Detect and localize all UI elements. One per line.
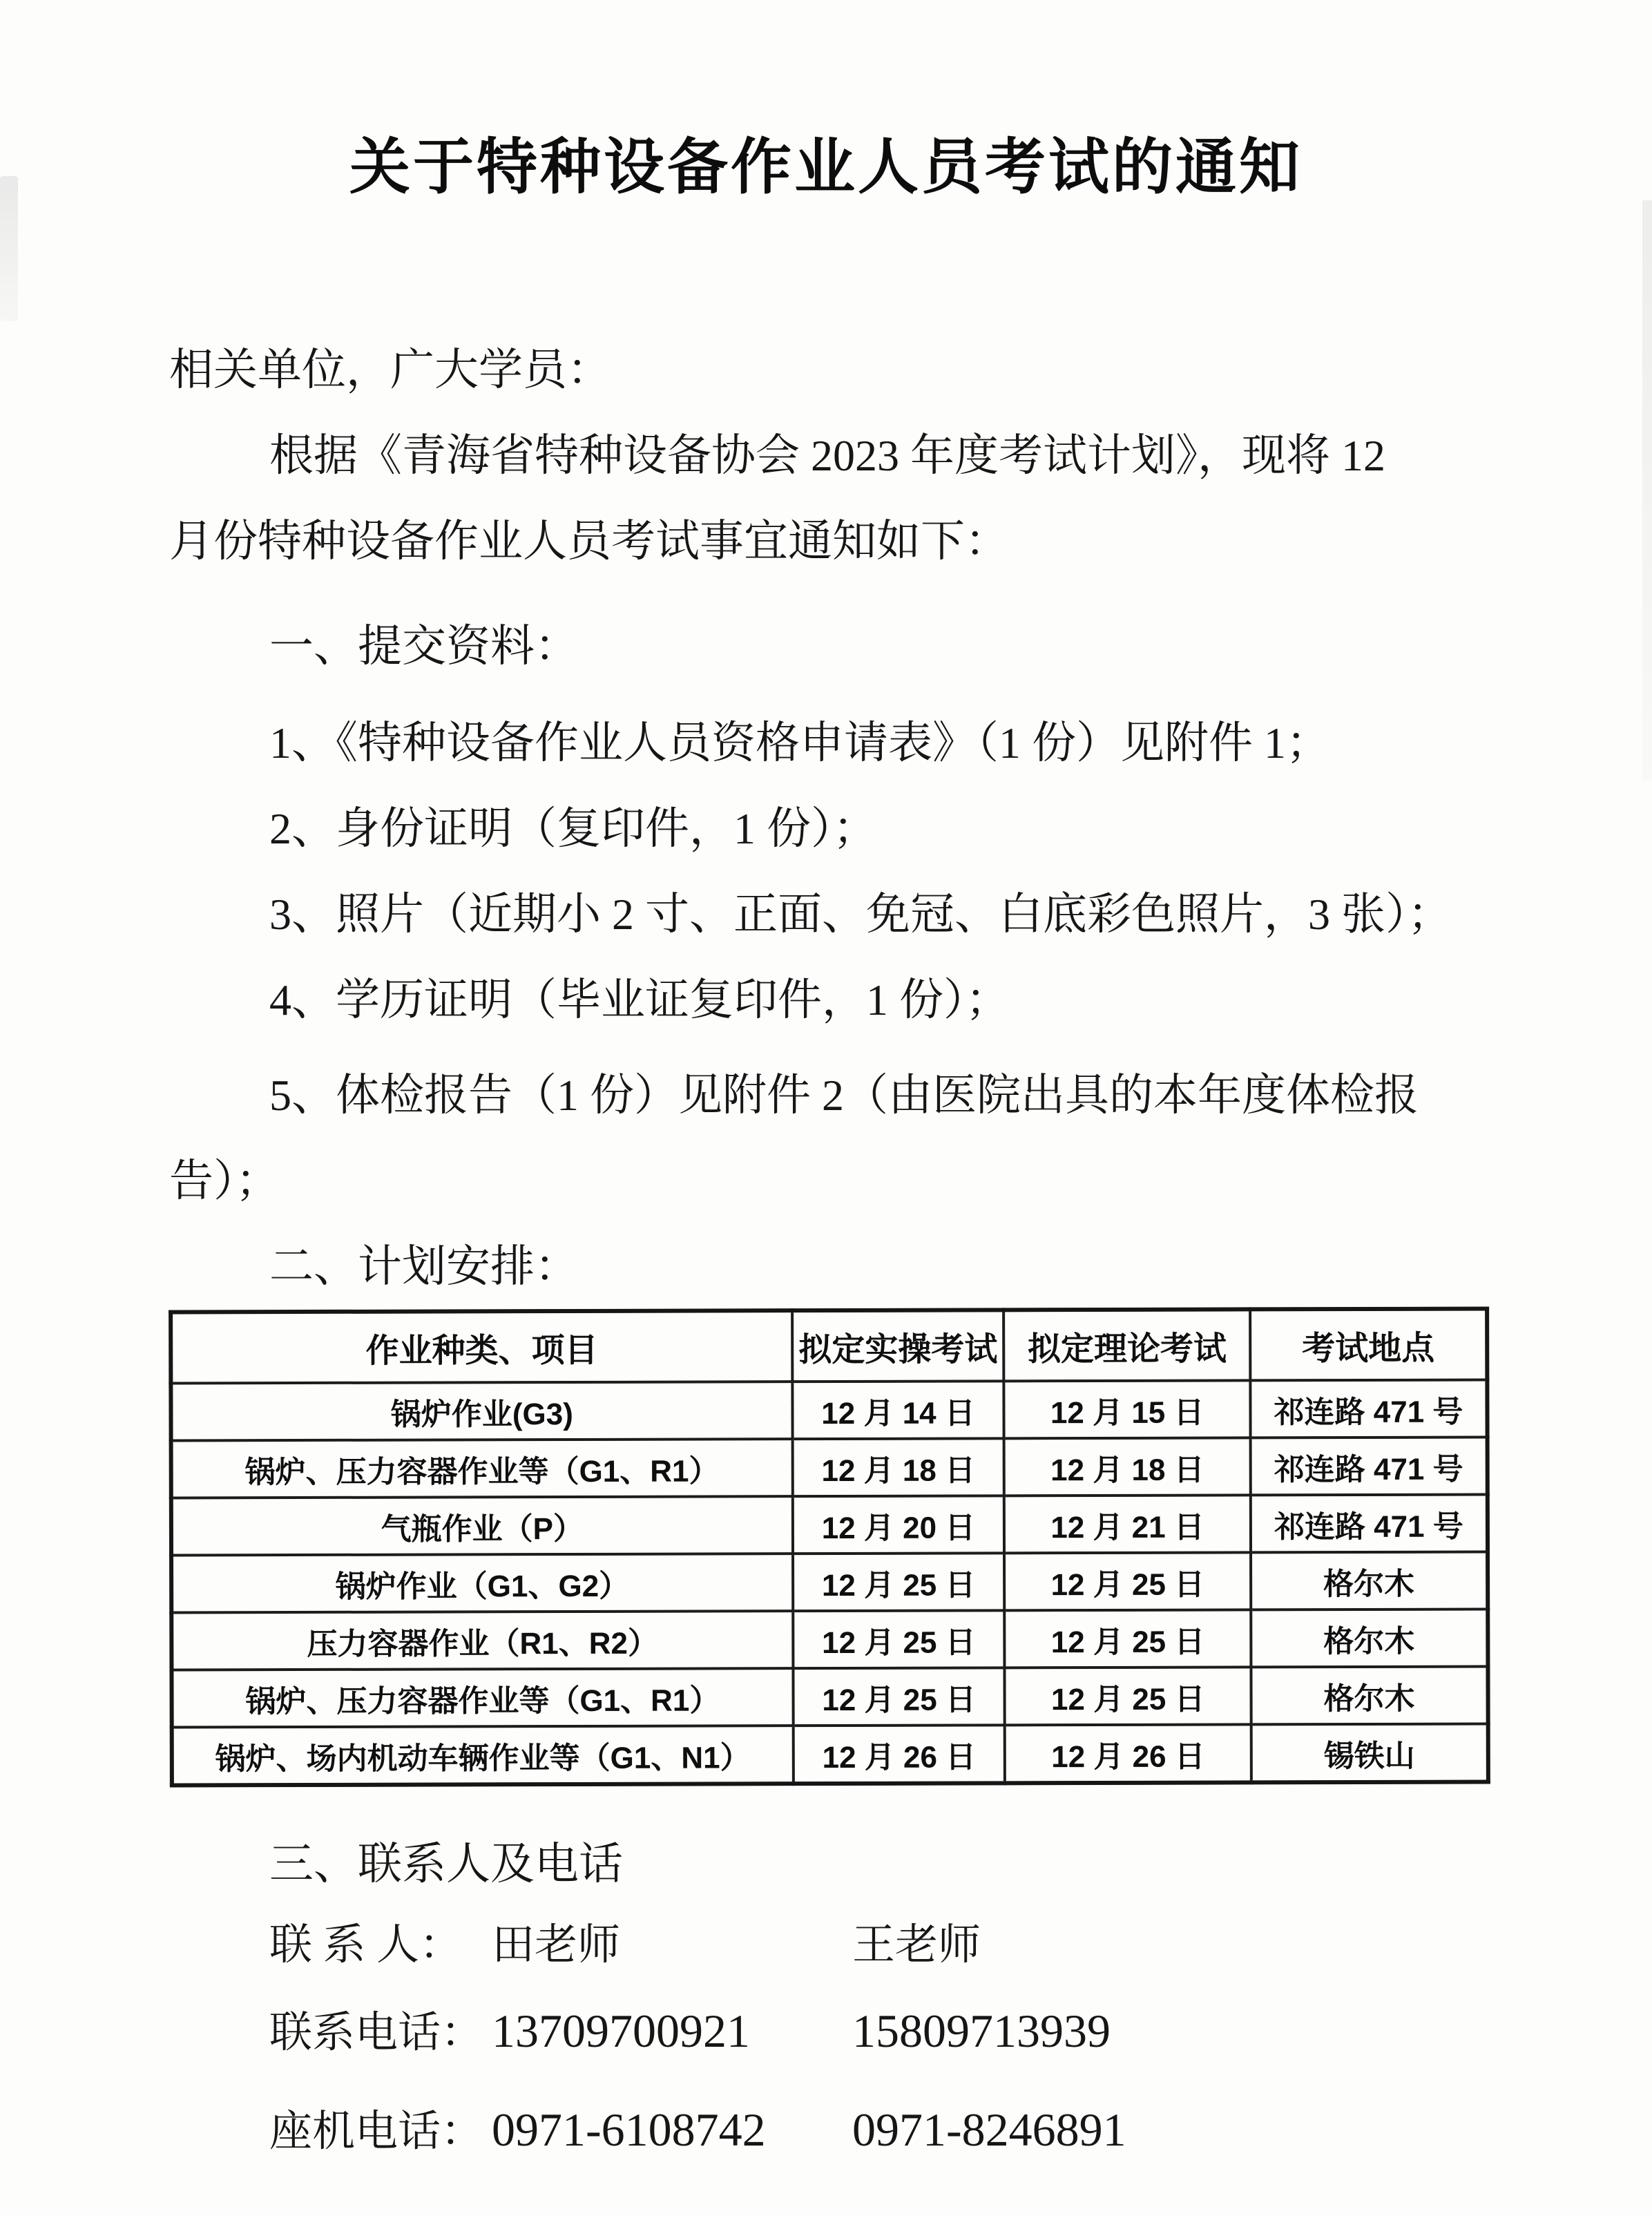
- table-row: 锅炉、压力容器作业等（G1、R1） 12 月 25 日 12 月 25 日 格尔…: [171, 1667, 1488, 1728]
- table-row: 锅炉作业（G1、G2） 12 月 25 日 12 月 25 日 格尔木: [171, 1552, 1488, 1613]
- contact-phone-secondary: 15809713939: [852, 2008, 1111, 2054]
- header-cell-theory-exam: 拟定理论考试: [1004, 1309, 1251, 1381]
- table-cell-location: 祁连路 471 号: [1250, 1437, 1487, 1496]
- notice-document-page: 关于特种设备作业人员考试的通知 相关单位，广大学员： 根据《青海省特种设备协会 …: [0, 0, 1652, 2216]
- table-cell-theory-date: 12 月 25 日: [1005, 1667, 1251, 1725]
- exam-schedule-table: 作业种类、项目 拟定实操考试 拟定理论考试 考试地点 锅炉作业(G3) 12 月…: [169, 1306, 1490, 1787]
- table-cell-theory-date: 12 月 25 日: [1005, 1610, 1251, 1668]
- requirement-item-5-wrap: 告）；: [169, 1159, 1569, 1203]
- table-header-row: 作业种类、项目 拟定实操考试 拟定理论考试 考试地点: [171, 1309, 1487, 1384]
- contact-person-label: 联 系 人：: [269, 1922, 492, 1968]
- landline-phone-secondary: 0971-8246891: [852, 2107, 1126, 2152]
- table-row: 气瓶作业（P） 12 月 20 日 12 月 21 日 祁连路 471 号: [171, 1495, 1488, 1556]
- intro-line-1: 根据《青海省特种设备协会 2023 年度考试计划》，现将 12: [169, 434, 1569, 478]
- table-cell-theory-date: 12 月 26 日: [1005, 1724, 1251, 1783]
- section1-heading: 一、提交资料：: [169, 624, 1569, 669]
- landline-phone-label: 座机电话：: [269, 2109, 492, 2155]
- table-cell-theory-date: 12 月 25 日: [1005, 1552, 1251, 1610]
- requirement-item-3: 3、照片（近期小 2 寸、正面、免冠、白底彩色照片，3 张）；: [169, 892, 1569, 937]
- section3-heading: 三、联系人及电话: [169, 1842, 1569, 1887]
- table-cell-theory-date: 12 月 21 日: [1004, 1495, 1251, 1553]
- requirement-item-5: 5、体检报告（1 份）见附件 2（由医院出具的本年度体检报: [169, 1073, 1569, 1118]
- contact-phone-label: 联系电话：: [269, 2010, 492, 2056]
- scan-artifact: [1642, 200, 1652, 781]
- table-cell-theory-date: 12 月 18 日: [1004, 1437, 1251, 1496]
- table-cell-location: 祁连路 471 号: [1251, 1495, 1488, 1553]
- contact-row-mobile: 联系电话： 13709700921 15809713939: [269, 2008, 1652, 2056]
- contact-person-primary: 田老师: [492, 1922, 852, 1968]
- requirement-item-2: 2、身份证明（复印件，1 份）；: [169, 807, 1569, 851]
- table-cell-job-type: 压力容器作业（R1、R2）: [171, 1611, 793, 1670]
- landline-phone-primary: 0971-6108742: [492, 2107, 852, 2152]
- table-cell-location: 祁连路 471 号: [1250, 1380, 1487, 1438]
- table-cell-practical-date: 12 月 26 日: [793, 1725, 1005, 1784]
- table-cell-practical-date: 12 月 25 日: [793, 1553, 1005, 1611]
- contact-row-landline: 座机电话： 0971-6108742 0971-8246891: [269, 2107, 1652, 2155]
- table-row: 压力容器作业（R1、R2） 12 月 25 日 12 月 25 日 格尔木: [171, 1610, 1488, 1670]
- requirement-item-4: 4、学历证明（毕业证复印件，1 份）；: [169, 978, 1569, 1022]
- header-cell-practical-exam: 拟定实操考试: [792, 1310, 1004, 1382]
- contact-row-names: 联 系 人： 田老师 王老师: [269, 1922, 1652, 1968]
- table-cell-location: 格尔木: [1251, 1667, 1488, 1725]
- requirement-item-1: 1、《特种设备作业人员资格申请表》（1 份）见附件 1；: [169, 721, 1569, 765]
- table-cell-theory-date: 12 月 15 日: [1004, 1380, 1251, 1438]
- salutation-line: 相关单位，广大学员：: [169, 348, 1569, 392]
- table-row: 锅炉、压力容器作业等（G1、R1） 12 月 18 日 12 月 18 日 祁连…: [171, 1437, 1488, 1498]
- contact-person-secondary: 王老师: [852, 1922, 981, 1968]
- table-cell-practical-date: 12 月 25 日: [793, 1610, 1005, 1668]
- header-cell-location: 考试地点: [1250, 1309, 1487, 1381]
- table-row: 锅炉作业(G3) 12 月 14 日 12 月 15 日 祁连路 471 号: [171, 1380, 1487, 1441]
- table-cell-location: 锡铁山: [1251, 1724, 1488, 1783]
- table-cell-job-type: 气瓶作业（P）: [171, 1496, 793, 1555]
- table-cell-job-type: 锅炉、场内机动车辆作业等（G1、N1）: [172, 1726, 794, 1785]
- table-cell-job-type: 锅炉作业（G1、G2）: [171, 1554, 793, 1612]
- header-cell-job-type: 作业种类、项目: [171, 1310, 792, 1383]
- table-cell-job-type: 锅炉、压力容器作业等（G1、R1）: [171, 1668, 793, 1727]
- section2-heading: 二、计划安排：: [169, 1245, 1569, 1289]
- table-cell-practical-date: 12 月 18 日: [792, 1438, 1004, 1496]
- table-cell-practical-date: 12 月 20 日: [792, 1496, 1004, 1554]
- table-cell-practical-date: 12 月 25 日: [793, 1668, 1005, 1726]
- table-cell-location: 格尔木: [1251, 1610, 1488, 1668]
- table-cell-job-type: 锅炉、压力容器作业等（G1、R1）: [171, 1439, 793, 1498]
- scan-artifact: [0, 176, 18, 321]
- intro-line-2: 月份特种设备作业人员考试事宜通知如下：: [169, 519, 1569, 564]
- document-title: 关于特种设备作业人员考试的通知: [0, 0, 1652, 198]
- table-cell-practical-date: 12 月 14 日: [792, 1381, 1004, 1439]
- contact-phone-primary: 13709700921: [492, 2008, 852, 2054]
- table-row: 锅炉、场内机动车辆作业等（G1、N1） 12 月 26 日 12 月 26 日 …: [172, 1724, 1488, 1786]
- table-cell-location: 格尔木: [1251, 1552, 1488, 1610]
- table-cell-job-type: 锅炉作业(G3): [171, 1382, 792, 1440]
